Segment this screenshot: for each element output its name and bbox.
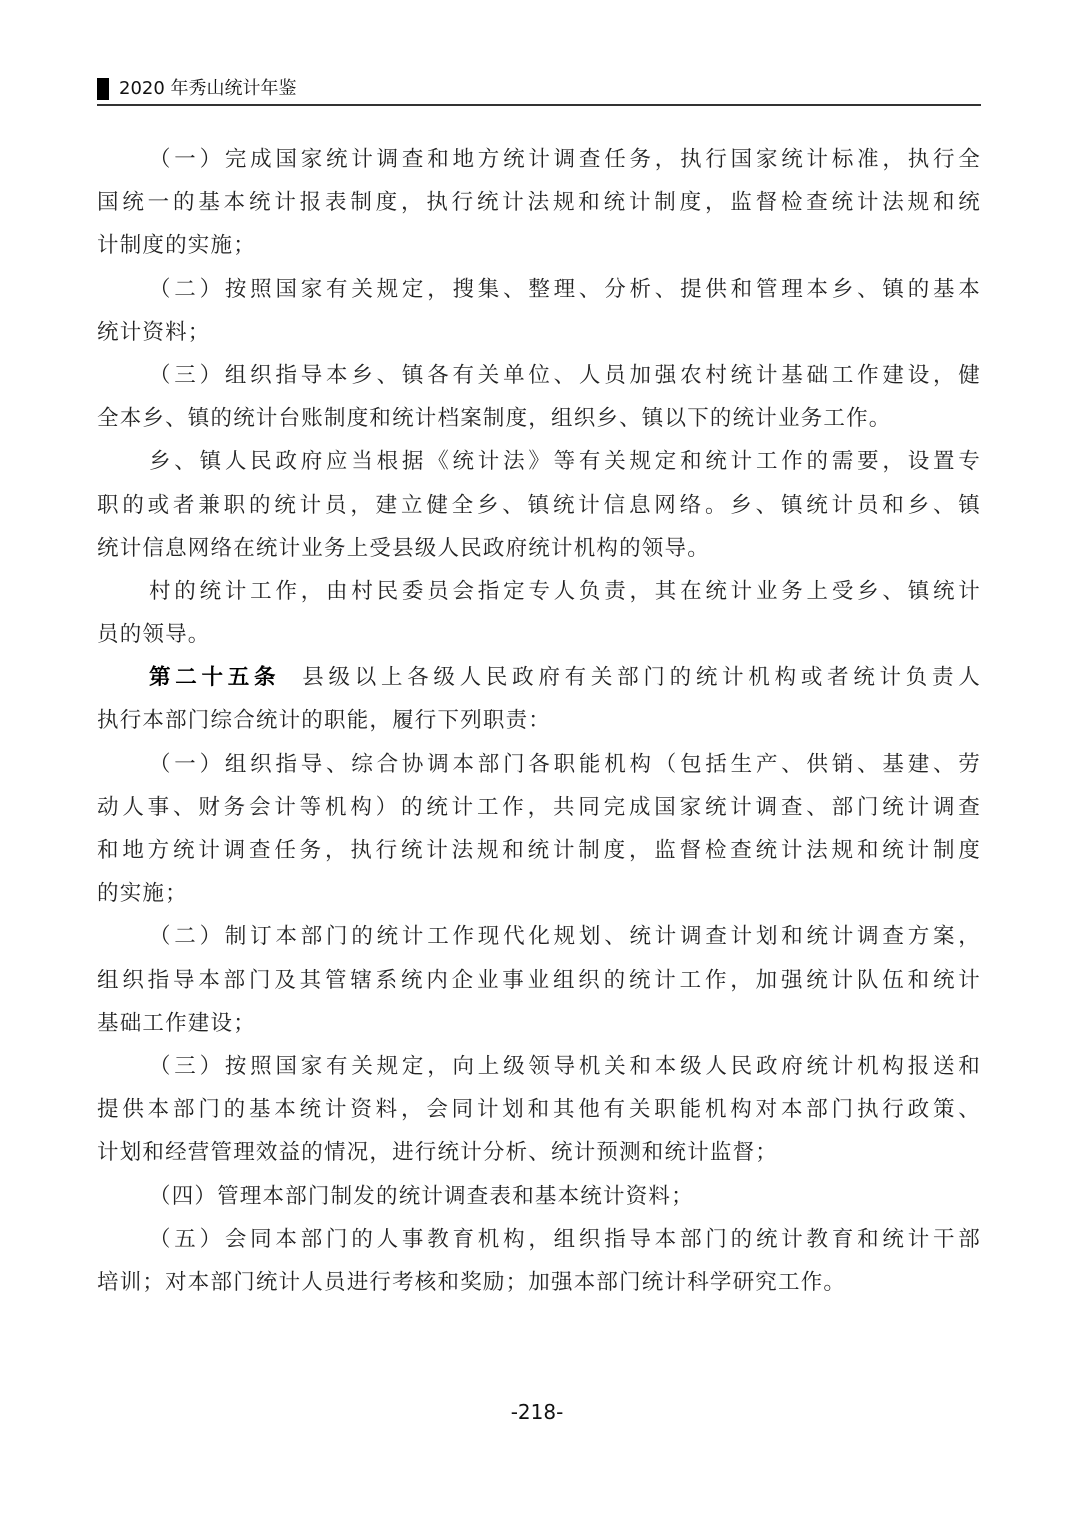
article-text: 县级以上各级人民政府有关部门的统计机构或者统计负责人 (302, 665, 981, 690)
text-line: 基础工作建设； (97, 1002, 981, 1045)
page-number: -218- (0, 1400, 1074, 1424)
text-line: （一）完成国家统计调查和地方统计调查任务，执行国家统计标准，执行全 (97, 138, 981, 181)
paragraph: （三）组织指导本乡、镇各有关单位、人员加强农村统计基础工作建设，健 全本乡、镇的… (97, 354, 981, 440)
text-line: 执行本部门综合统计的职能，履行下列职责： (97, 699, 981, 742)
text-line: 培训；对本部门统计人员进行考核和奖励；加强本部门统计科学研究工作。 (97, 1261, 981, 1304)
header-title: 2020 年秀山统计年鉴 (119, 77, 297, 101)
paragraph: （二）制订本部门的统计工作现代化规划、统计调查计划和统计调查方案， 组织指导本部… (97, 915, 981, 1045)
text-line: 计制度的实施； (97, 224, 981, 267)
header-marker-block (97, 78, 109, 100)
document-body: （一）完成国家统计调查和地方统计调查任务，执行国家统计标准，执行全 国统一的基本… (97, 138, 981, 1304)
text-line: 统计信息网络在统计业务上受县级人民政府统计机构的领导。 (97, 527, 981, 570)
paragraph: 村的统计工作，由村民委员会指定专人负责，其在统计业务上受乡、镇统计 员的领导。 (97, 570, 981, 656)
text-line: （二）制订本部门的统计工作现代化规划、统计调查计划和统计调查方案， (97, 915, 981, 958)
text-line: 统计资料； (97, 311, 981, 354)
text-line: （一）组织指导、综合协调本部门各职能机构（包括生产、供销、基建、劳 (97, 743, 981, 786)
text-line: 国统一的基本统计报表制度，执行统计法规和统计制度，监督检查统计法规和统 (97, 181, 981, 224)
running-header: 2020 年秀山统计年鉴 (97, 76, 981, 106)
text-line: 提供本部门的基本统计资料，会同计划和其他有关职能机构对本部门执行政策、 (97, 1088, 981, 1131)
text-line: （三）按照国家有关规定，向上级领导机关和本级人民政府统计机构报送和 (97, 1045, 981, 1088)
text-line: 动人事、财务会计等机构）的统计工作，共同完成国家统计调查、部门统计调查 (97, 786, 981, 829)
text-line: （二）按照国家有关规定，搜集、整理、分析、提供和管理本乡、镇的基本 (97, 268, 981, 311)
article-label: 第二十五条 (149, 665, 280, 690)
text-line: （三）组织指导本乡、镇各有关单位、人员加强农村统计基础工作建设，健 (97, 354, 981, 397)
paragraph: 乡、镇人民政府应当根据《统计法》等有关规定和统计工作的需要，设置专 职的或者兼职… (97, 440, 981, 570)
text-line: 全本乡、镇的统计台账制度和统计档案制度，组织乡、镇以下的统计业务工作。 (97, 397, 981, 440)
paragraph: （四）管理本部门制发的统计调查表和基本统计资料； (97, 1175, 981, 1218)
text-line: 和地方统计调查任务，执行统计法规和统计制度，监督检查统计法规和统计制度 (97, 829, 981, 872)
text-line: 村的统计工作，由村民委员会指定专人负责，其在统计业务上受乡、镇统计 (97, 570, 981, 613)
paragraph: （五）会同本部门的人事教育机构，组织指导本部门的统计教育和统计干部 培训；对本部… (97, 1218, 981, 1304)
text-line: 计划和经营管理效益的情况，进行统计分析、统计预测和统计监督； (97, 1131, 981, 1174)
paragraph: （一）组织指导、综合协调本部门各职能机构（包括生产、供销、基建、劳 动人事、财务… (97, 743, 981, 916)
article-paragraph: 第二十五条县级以上各级人民政府有关部门的统计机构或者统计负责人 执行本部门综合统… (97, 656, 981, 742)
text-line: （四）管理本部门制发的统计调查表和基本统计资料； (97, 1175, 981, 1218)
text-line: 组织指导本部门及其管辖系统内企业事业组织的统计工作，加强统计队伍和统计 (97, 959, 981, 1002)
text-line: （五）会同本部门的人事教育机构，组织指导本部门的统计教育和统计干部 (97, 1218, 981, 1261)
text-line: 员的领导。 (97, 613, 981, 656)
text-line: 的实施； (97, 872, 981, 915)
text-line: 第二十五条县级以上各级人民政府有关部门的统计机构或者统计负责人 (97, 656, 981, 699)
paragraph: （二）按照国家有关规定，搜集、整理、分析、提供和管理本乡、镇的基本 统计资料； (97, 268, 981, 354)
paragraph: （三）按照国家有关规定，向上级领导机关和本级人民政府统计机构报送和 提供本部门的… (97, 1045, 981, 1175)
text-line: 职的或者兼职的统计员，建立健全乡、镇统计信息网络。乡、镇统计员和乡、镇 (97, 484, 981, 527)
paragraph: （一）完成国家统计调查和地方统计调查任务，执行国家统计标准，执行全 国统一的基本… (97, 138, 981, 268)
text-line: 乡、镇人民政府应当根据《统计法》等有关规定和统计工作的需要，设置专 (97, 440, 981, 483)
